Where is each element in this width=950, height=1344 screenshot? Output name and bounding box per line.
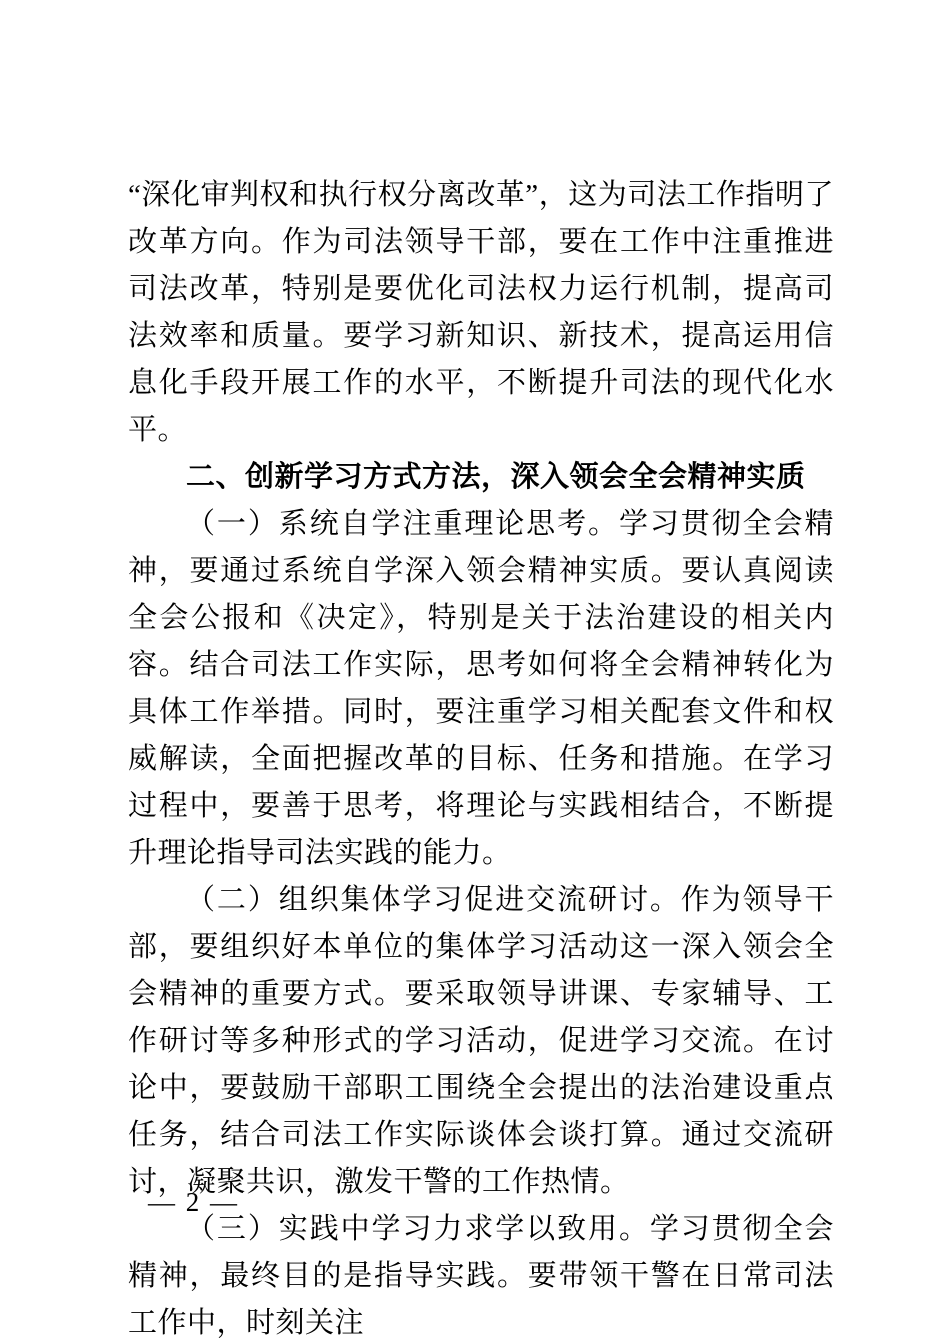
paragraph-item-1: （一）系统自学注重理论思考。学习贯彻全会精神，要通过系统自学深入领会精神实质。要… [128, 501, 834, 877]
paragraph-item-2: （二）组织集体学习促进交流研讨。作为领导干部，要组织好本单位的集体学习活动这一深… [128, 877, 834, 1206]
section-heading: 二、创新学习方式方法，深入领会全会精神实质 [128, 454, 834, 501]
paragraph-continuation: “深化审判权和执行权分离改革”，这为司法工作指明了改革方向。作为司法领导干部，要… [128, 172, 834, 454]
page-number-footer: — 2 — [148, 1186, 239, 1218]
document-body: “深化审判权和执行权分离改革”，这为司法工作指明了改革方向。作为司法领导干部，要… [128, 172, 834, 1344]
document-page: “深化审判权和执行权分离改革”，这为司法工作指明了改革方向。作为司法领导干部，要… [0, 0, 950, 1344]
paragraph-item-3: （三）实践中学习力求学以致用。学习贯彻全会精神，最终目的是指导实践。要带领干警在… [128, 1206, 834, 1344]
